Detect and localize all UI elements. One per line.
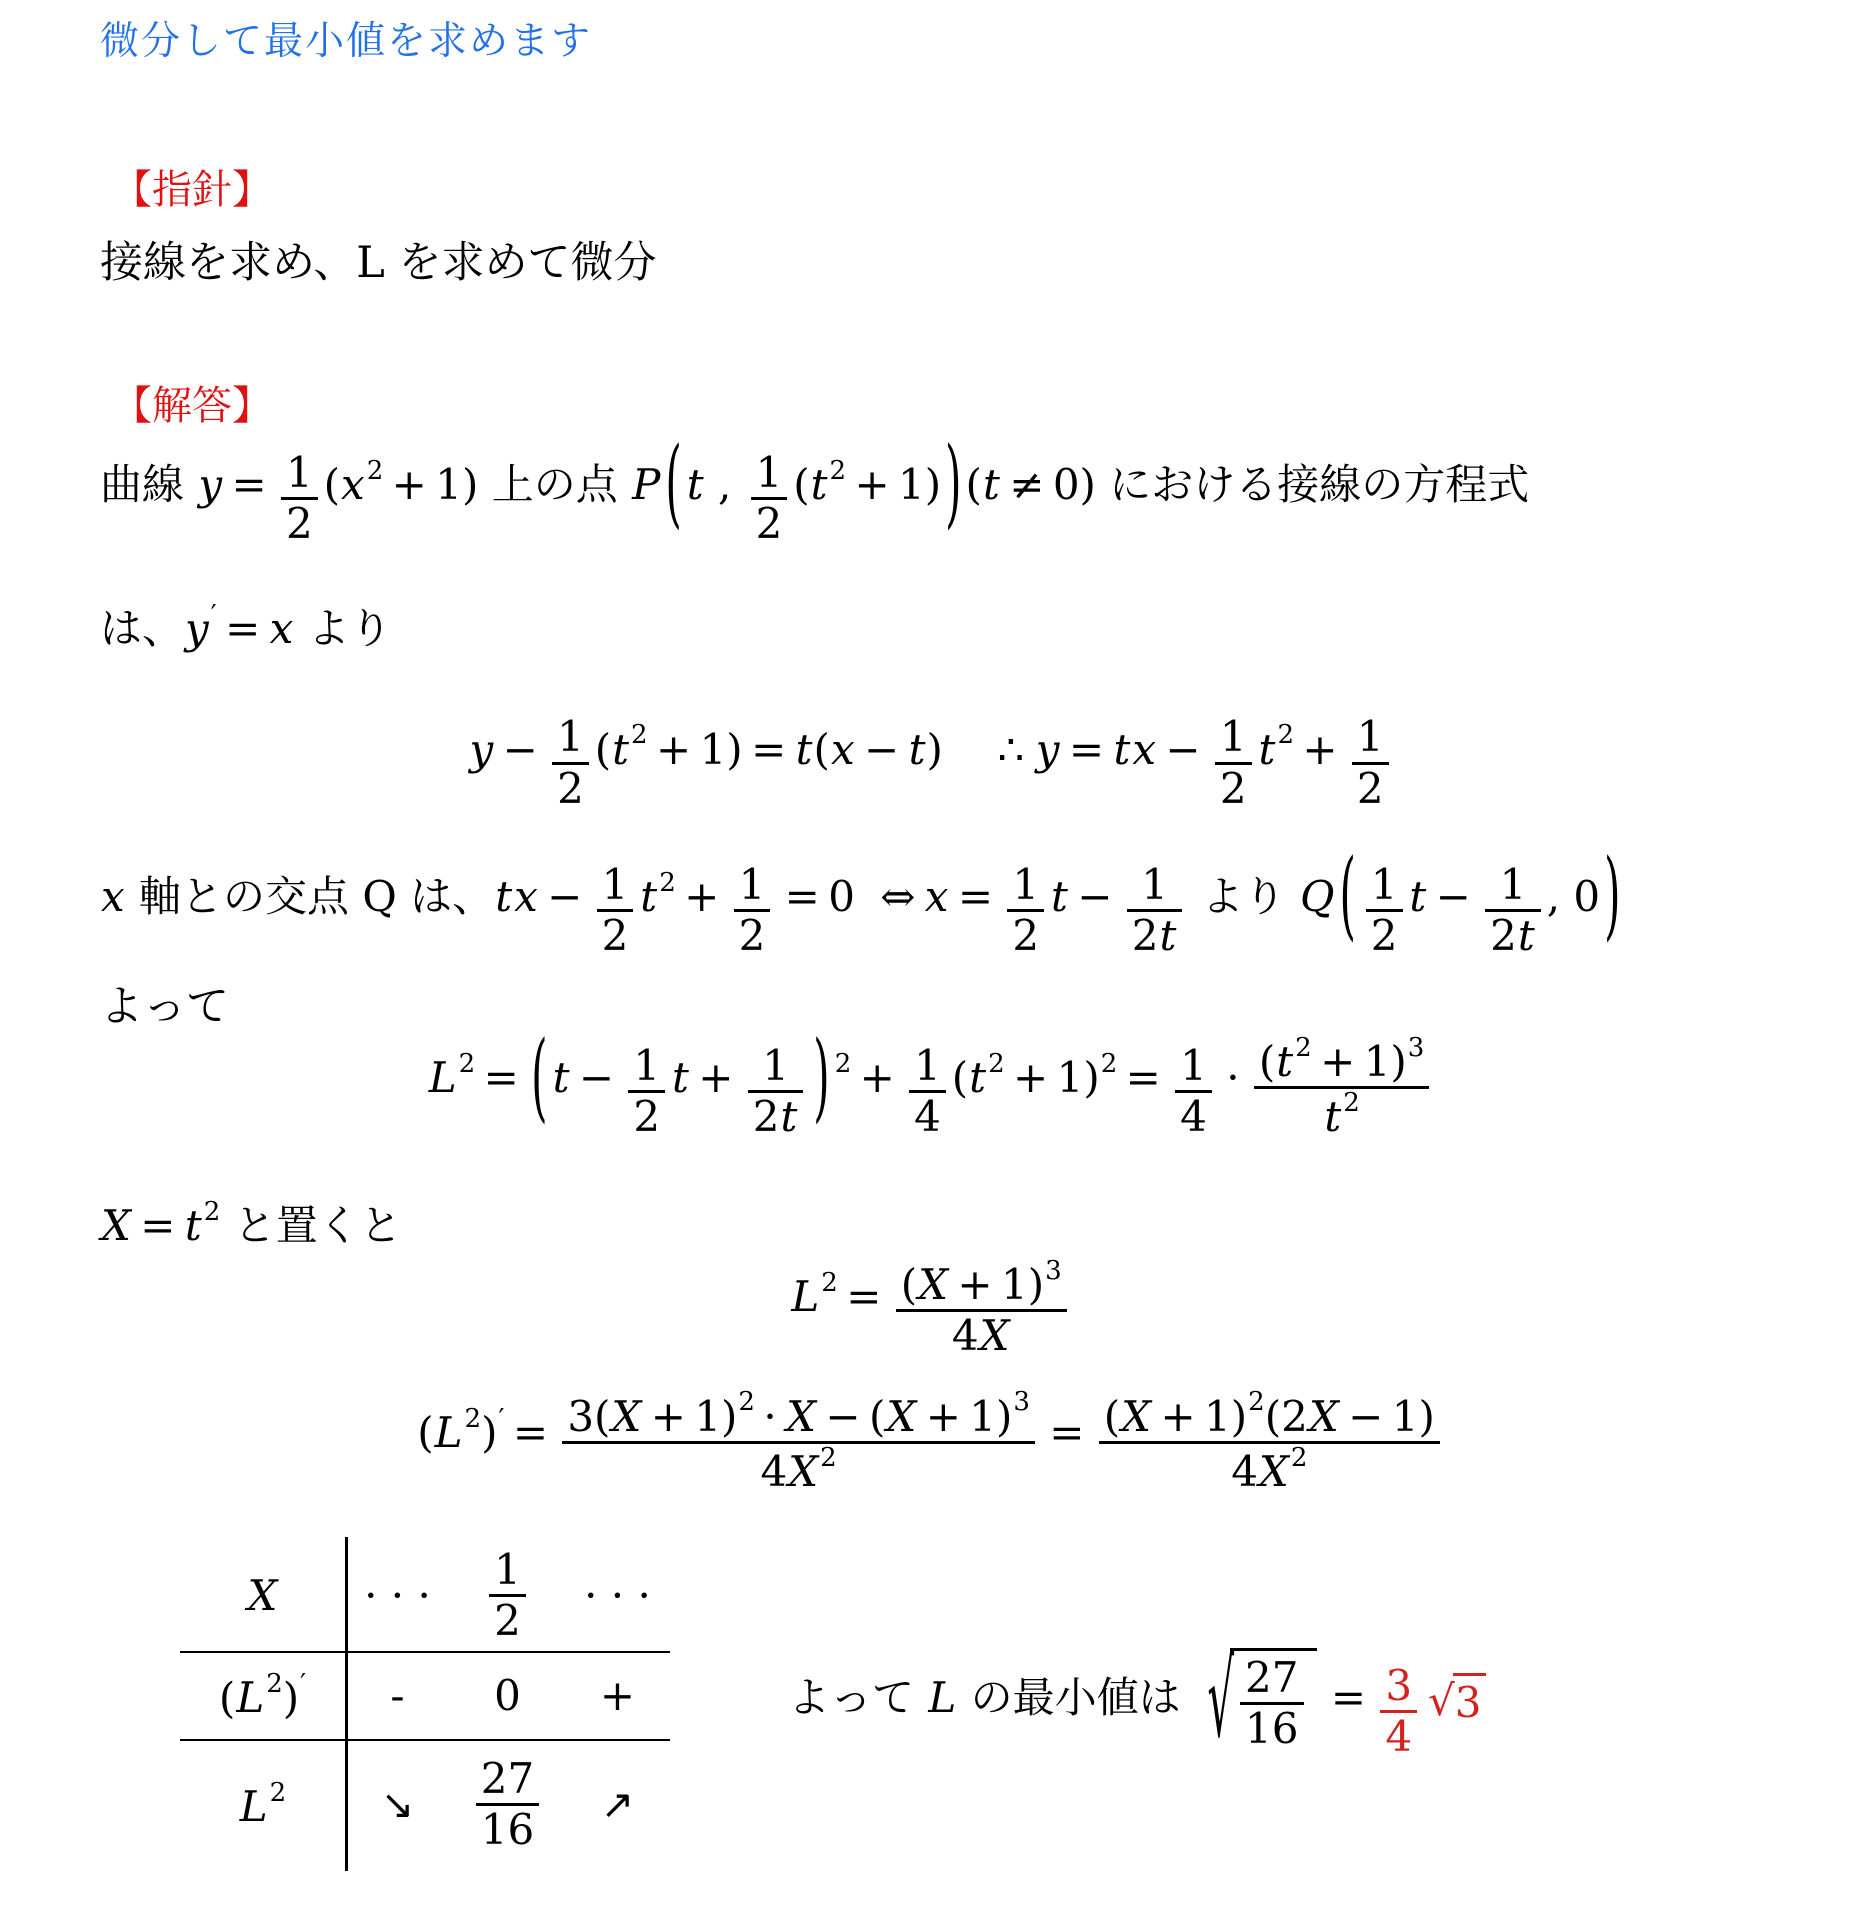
answer-header: 【解答】 [112, 374, 1863, 431]
L-squared-derivative-equation: (L2)′=3(X+1)2·X−(X+1)34X2=(X+1)2(2X−1)4X… [0, 1388, 1863, 1496]
table-cell: · · · [345, 1541, 450, 1653]
x-intercept-line: x 軸との交点 Q は、tx−12t2+12=0⇔x=12t−12t より Q(… [100, 861, 1863, 961]
page-title: 微分して最小値を求めます [100, 10, 1863, 66]
table-cell: 2716 [450, 1741, 565, 1869]
curve-point-line: 曲線 y=12(x2+1) 上の点 P(t , 12(t2+1))(t≠0) に… [100, 449, 1863, 549]
tangent-equation: y−12(t2+1)=t(x−t)∴y=tx−12t2+12 [0, 713, 1863, 813]
L-squared-X-equation: L2=(X+1)34X [0, 1257, 1863, 1361]
guideline-header: 【指針】 [112, 158, 1863, 215]
table-and-conclusion-row: X · · · 12 · · · (L2)′ - 0 + L2 ↘ 2716 ↗… [180, 1541, 1863, 1869]
table-label-X: X [180, 1541, 345, 1653]
sign-table: X · · · 12 · · · (L2)′ - 0 + L2 ↘ 2716 ↗ [180, 1541, 670, 1869]
L-squared-equation: L2=(t−12t+12t)2+14(t2+1)2=14·(t2+1)3t2 [0, 1034, 1863, 1142]
derivative-line: は、y′=x より [100, 599, 1863, 656]
table-vertical-rule [345, 1537, 348, 1871]
table-cell: - [345, 1653, 450, 1741]
substitution-line: X=t2 と置くと [100, 1196, 1863, 1253]
guideline-text: 接線を求め、L を求めて微分 [100, 229, 1863, 290]
table-cell: 0 [450, 1653, 565, 1741]
conclusion-line: よって L の最小値は √2716=34√3 [788, 1648, 1491, 1761]
increase-arrow-icon: ↗ [565, 1741, 670, 1869]
yotte-text: よって [100, 973, 1863, 1034]
decrease-arrow-icon: ↘ [345, 1741, 450, 1869]
table-label-L-squared: L2 [180, 1741, 345, 1869]
table-cell: + [565, 1653, 670, 1741]
table-cell: 12 [450, 1541, 565, 1653]
table-cell: · · · [565, 1541, 670, 1653]
table-label-derivative: (L2)′ [180, 1653, 345, 1741]
